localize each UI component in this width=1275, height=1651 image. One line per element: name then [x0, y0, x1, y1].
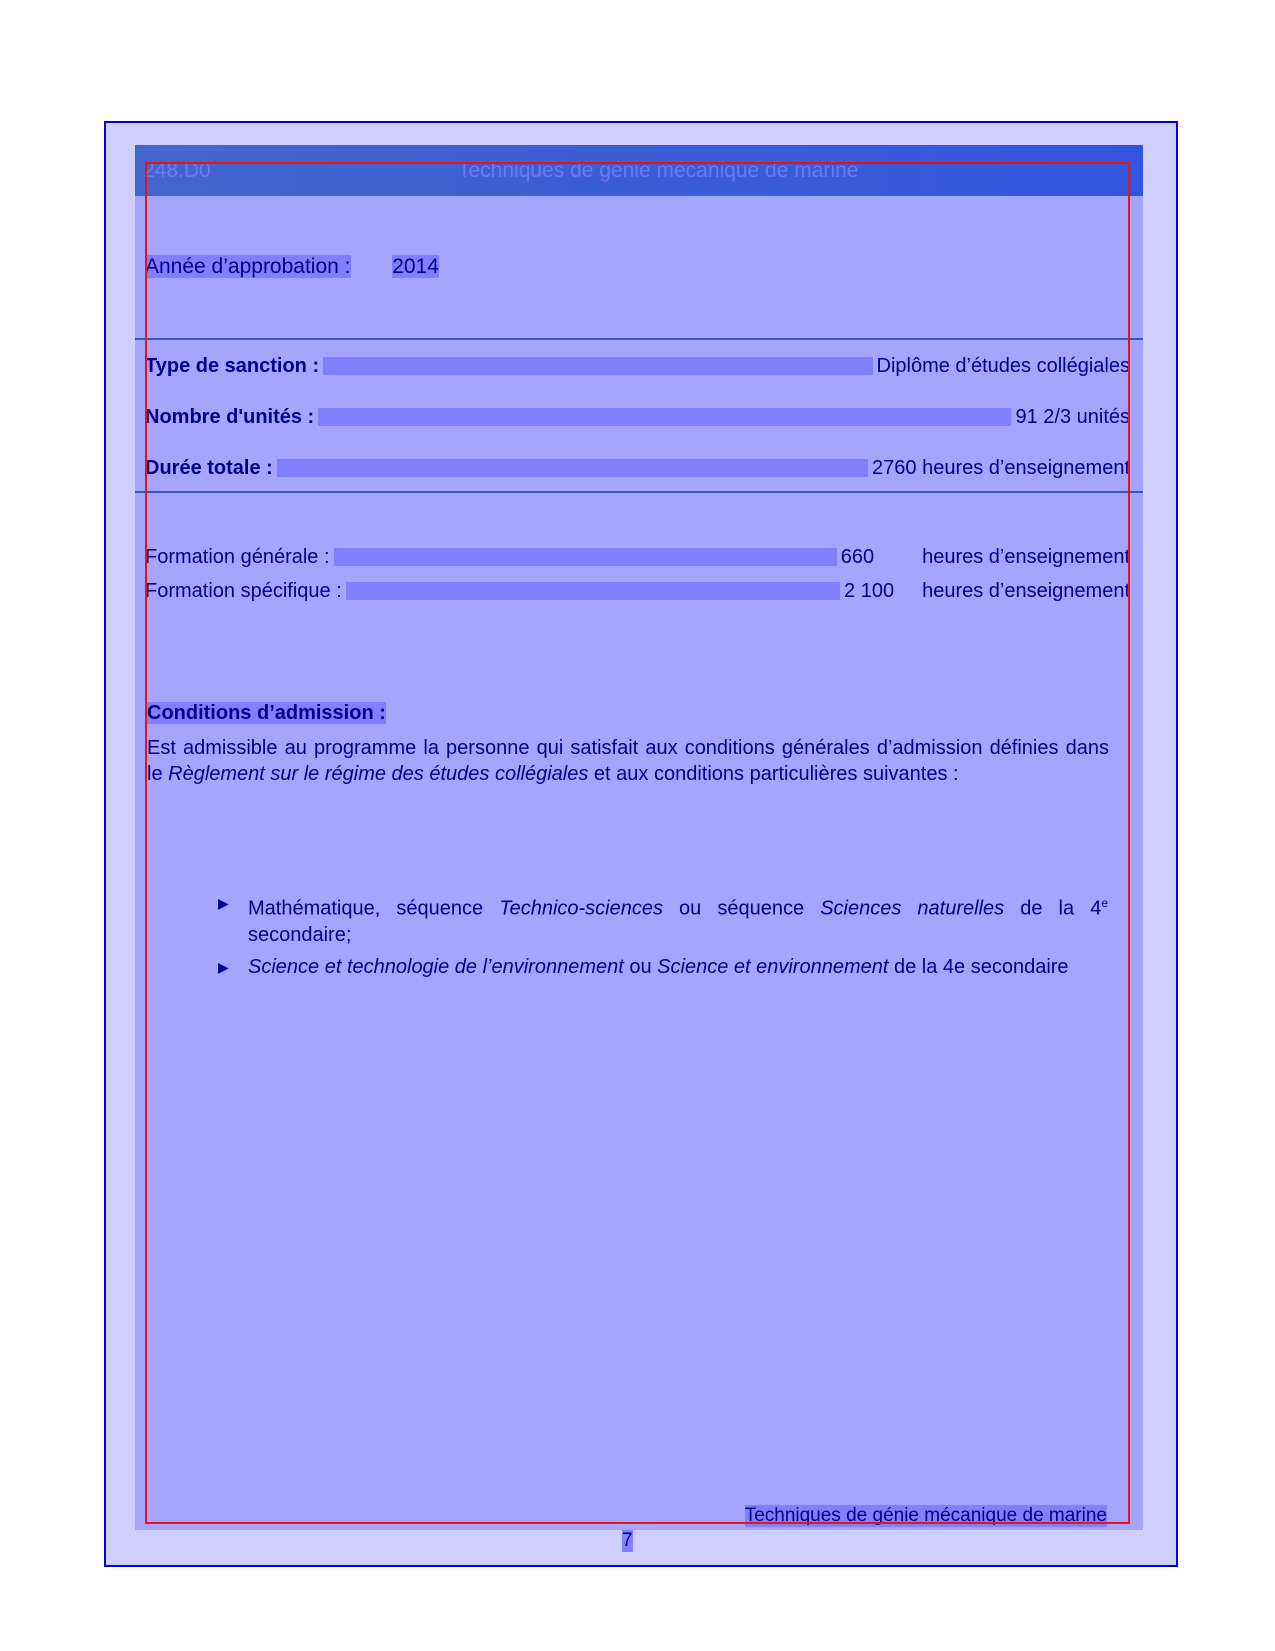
approval-label: Année d’approbation : [145, 255, 351, 278]
summary-label: Nombre d'unités : [145, 406, 314, 429]
summary-value: 2760 heures d’enseignement [872, 457, 1130, 480]
training-unit: heures d’enseignement [922, 546, 1130, 569]
summary-label: Type de sanction : [145, 355, 319, 378]
summary-row-duration: Durée totale : 2760 heures d’enseignemen… [145, 459, 1130, 477]
summary-value: 91 2/3 unités [1015, 406, 1130, 429]
admission-heading: Conditions d’admission : [147, 702, 386, 725]
page-number: 7 [622, 1530, 633, 1552]
approval-year: 2014 [392, 255, 439, 278]
summary-label: Durée totale : [145, 457, 273, 480]
program-code: 248.D0 [143, 159, 211, 183]
training-row-general: Formation générale : 660 heures d’enseig… [145, 548, 1130, 566]
training-hours: 660 [841, 546, 874, 569]
divider-top [135, 338, 1143, 340]
training-label: Formation spécifique : [145, 580, 342, 603]
page-body [135, 145, 1143, 1530]
bullet-icon: ▶ [218, 954, 226, 980]
summary-value: Diplôme d’études collégiales [877, 355, 1130, 378]
admission-intro: Est admissible au programme la personne … [147, 735, 1109, 787]
training-label: Formation générale : [145, 546, 330, 569]
approval-row: Année d’approbation : 2014 [145, 255, 439, 279]
footer-title: Techniques de génie mécanique de marine [745, 1505, 1107, 1527]
summary-row-sanction: Type de sanction : Diplôme d’études coll… [145, 357, 1130, 375]
training-unit: heures d’enseignement [922, 580, 1130, 603]
program-title: Techniques de génie mécanique de marine [458, 159, 858, 183]
summary-row-units: Nombre d'unités : 91 2/3 unités [145, 408, 1130, 426]
training-hours: 2 100 [844, 580, 894, 603]
divider-bottom [135, 491, 1143, 493]
training-row-specific: Formation spécifique : 2 100 heures d’en… [145, 582, 1130, 600]
bullet-icon: ▶ [218, 890, 226, 916]
